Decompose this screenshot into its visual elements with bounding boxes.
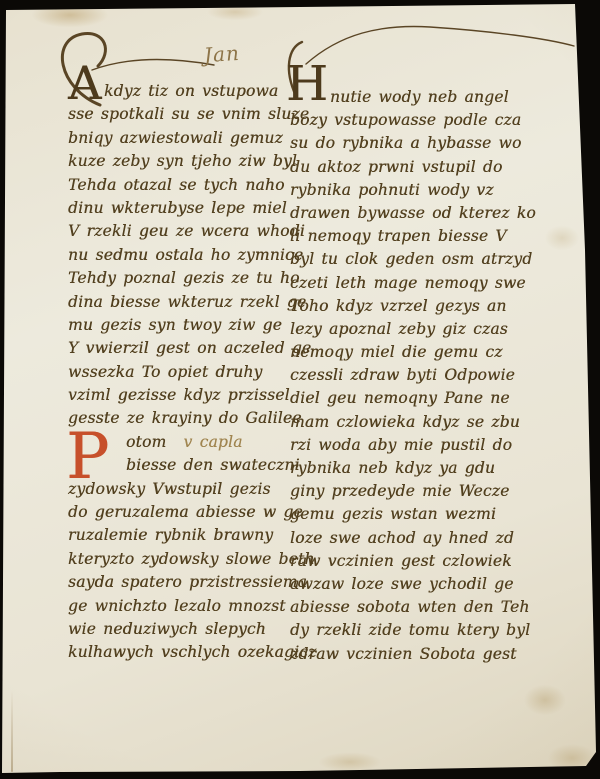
- under-leaf-edge: [11, 690, 13, 772]
- text-line: nu sedmu ostala ho zymnice: [68, 244, 290, 267]
- text-line: sayda spatero przistressiema: [68, 571, 290, 594]
- text-line: do geruzalema abiesse w ge: [68, 501, 290, 524]
- text-line: ge wnichzto lezalo mnozst: [68, 595, 290, 618]
- text-line: nemoqy miel die gemu cz: [290, 341, 528, 364]
- text-line: gemu gezis wstan wezmi: [290, 503, 528, 526]
- text-line: giny przedeyde mie Wecze: [290, 480, 528, 503]
- text-line: Toho kdyz vzrzel gezys an: [290, 295, 528, 318]
- text-line: czeti leth mage nemoqy swe: [290, 272, 528, 295]
- text-line: Tehda otazal se tych naho: [68, 174, 290, 197]
- text-line: bozy vstupowasse podle cza: [290, 109, 528, 132]
- right-column-lines: nutie wody neb angelbozy vstupowasse pod…: [290, 86, 528, 666]
- text-line: zdraw vczinien Sobota gest: [290, 643, 528, 666]
- text-line: kteryzto zydowsky slowe beth: [68, 548, 290, 571]
- text-line: drawen bywasse od kterez ko: [290, 202, 528, 225]
- text-line: dinu wkterubyse lepe miel: [68, 197, 290, 220]
- chapter-lines: zydowsky Vwstupil gezisdo geruzalema abi…: [68, 478, 290, 665]
- rubric-initial-p: P: [66, 427, 109, 487]
- chapter-line-text: otom: [126, 433, 166, 451]
- text-line: rybnika pohnuti wody vz: [290, 179, 528, 202]
- chapter-paragraph: P otom v capla biesse den swateczni zydo…: [68, 431, 290, 665]
- running-title: Jan: [203, 41, 240, 67]
- manuscript-page: Jan A kdyz tiz on vstupowasse spotkali s…: [0, 0, 600, 779]
- text-line: V rzekli geu ze wcera whodi: [68, 220, 290, 243]
- text-line: byl tu clok geden osm atrzyd: [290, 248, 528, 271]
- photo-background: Jan A kdyz tiz on vstupowasse spotkali s…: [0, 0, 600, 779]
- drop-cap-initial-h: H: [286, 56, 328, 112]
- text-line: awzaw loze swe ychodil ge: [290, 573, 528, 596]
- text-line: lezy apoznal zeby giz czas: [290, 318, 528, 341]
- text-line: dina biesse wkteruz rzekl ge: [68, 291, 290, 314]
- text-line: dy rzekli zide tomu ktery byl: [290, 619, 528, 642]
- text-line: kuze zeby syn tjeho ziw byl: [68, 150, 290, 173]
- text-line: loze swe achod ay hned zd: [290, 527, 528, 550]
- text-line: Tehdy poznal gezis ze tu ho: [68, 267, 290, 290]
- text-line: Y vwierzil gest on aczeled ge: [68, 337, 290, 360]
- drop-cap-initial-a: A: [68, 56, 101, 110]
- text-line: mu gezis syn twoy ziw ge: [68, 314, 290, 337]
- text-line: wie neduziwych slepych: [68, 618, 290, 641]
- text-line: diel geu nemoqny Pane ne: [290, 387, 528, 410]
- text-line: su do rybnika a hybasse wo: [290, 132, 528, 155]
- chapter-mark: v capla: [174, 433, 243, 451]
- left-column: A kdyz tiz on vstupowasse spotkali su se…: [68, 80, 290, 665]
- text-line: kulhawych vschlych ozekagicz: [68, 641, 290, 664]
- text-line: li nemoqy trapen biesse V: [290, 225, 528, 248]
- text-line: rzi woda aby mie pustil do: [290, 434, 528, 457]
- text-line: wssezka To opiet druhy: [68, 361, 290, 384]
- text-line: rybnika neb kdyz ya gdu: [290, 457, 528, 480]
- text-line: abiesse sobota wten den Teh: [290, 596, 528, 619]
- text-line: raw vczinien gest czlowiek: [290, 550, 528, 573]
- text-line: ruzalemie rybnik brawny: [68, 524, 290, 547]
- text-line: czessli zdraw byti Odpowie: [290, 364, 528, 387]
- text-line: mam czlowieka kdyz se zbu: [290, 411, 528, 434]
- text-line: bniqy azwiestowali gemuz: [68, 127, 290, 150]
- text-line: du aktoz prwni vstupil do: [290, 156, 528, 179]
- right-column: H nutie wody neb angelbozy vstupowasse p…: [290, 86, 528, 666]
- left-column-lines: kdyz tiz on vstupowasse spotkali su se v…: [68, 80, 290, 431]
- text-line: vziml gezisse kdyz przissel: [68, 384, 290, 407]
